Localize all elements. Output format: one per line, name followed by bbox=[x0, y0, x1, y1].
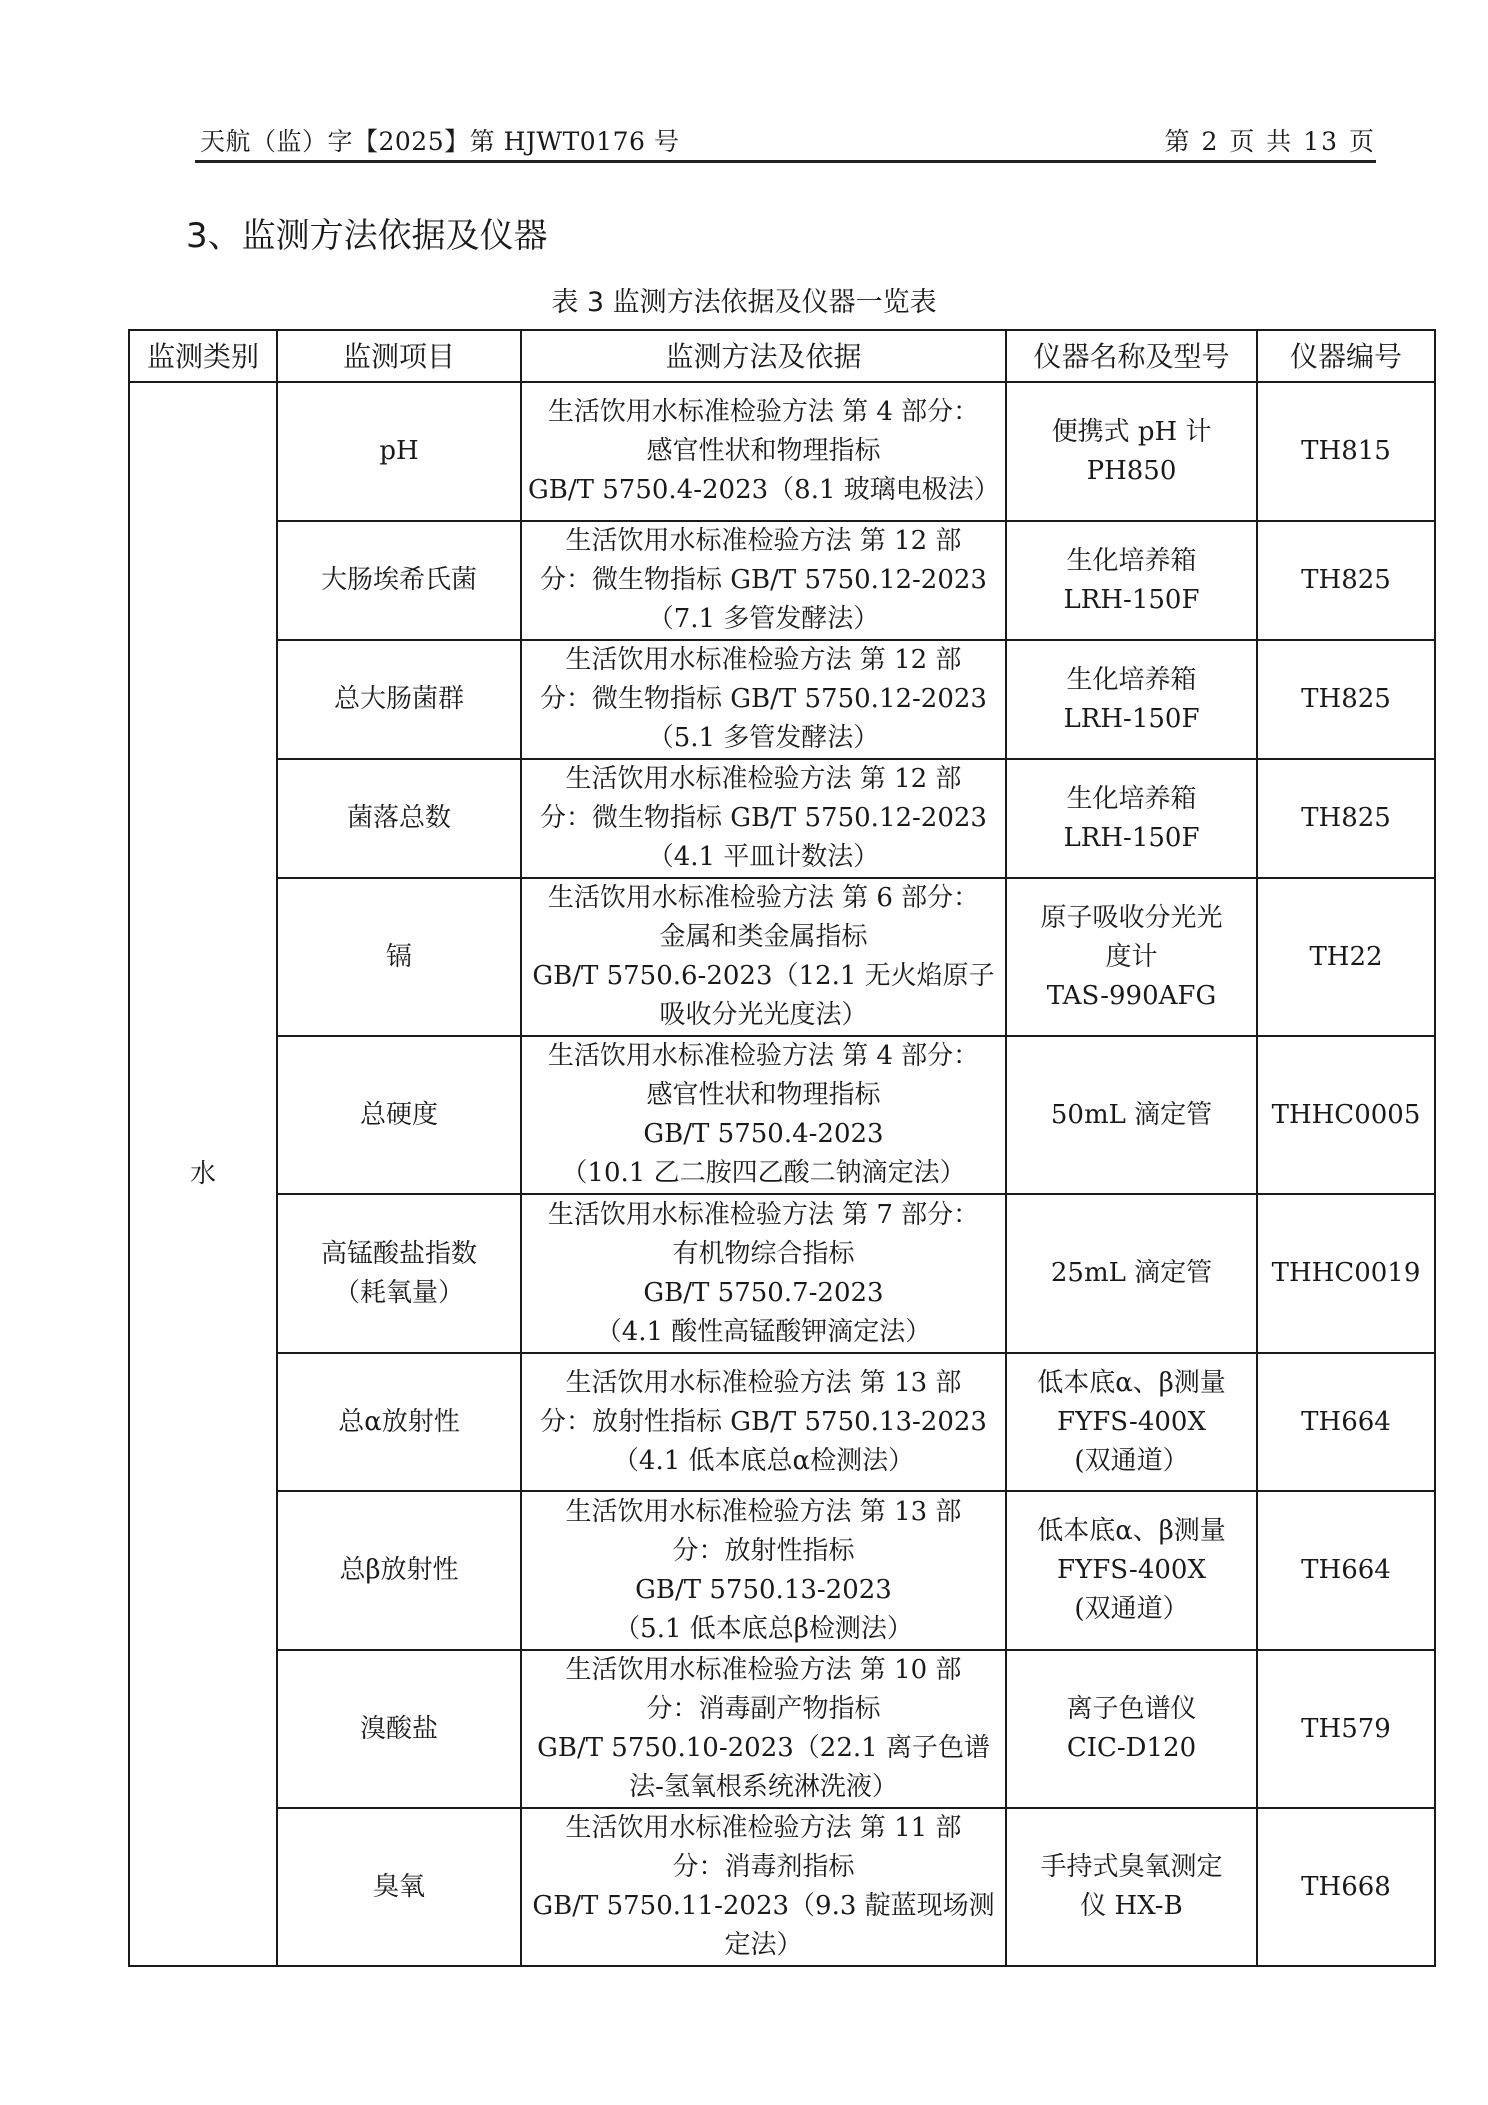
instrument-cell: 低本底α、β测量FYFS-400X(双通道） bbox=[1006, 1491, 1257, 1650]
instrument-cell-line: FYFS-400X bbox=[1013, 1403, 1250, 1442]
item-cell: 臭氧 bbox=[277, 1808, 521, 1966]
method-cell: 生活饮用水标准检验方法 第 12 部分：微生物指标 GB/T 5750.12-2… bbox=[521, 521, 1006, 640]
page-indicator: 第 2 页 共 13 页 bbox=[1165, 122, 1376, 158]
method-cell: 生活饮用水标准检验方法 第 10 部分：消毒副产物指标GB/T 5750.10-… bbox=[521, 1650, 1006, 1808]
table-row: 臭氧生活饮用水标准检验方法 第 11 部分：消毒剂指标GB/T 5750.11-… bbox=[129, 1808, 1435, 1966]
column-header-method: 监测方法及依据 bbox=[521, 330, 1006, 382]
code-cell: THHC0019 bbox=[1257, 1194, 1435, 1353]
table-body: 水pH生活饮用水标准检验方法 第 4 部分：感官性状和物理指标GB/T 5750… bbox=[129, 382, 1435, 1966]
item-cell: 镉 bbox=[277, 878, 521, 1036]
method-cell-line: 生活饮用水标准检验方法 第 12 部 bbox=[528, 760, 999, 799]
item-cell-line: （耗氧量） bbox=[284, 1274, 514, 1313]
instrument-cell-line: 手持式臭氧测定 bbox=[1013, 1848, 1250, 1887]
method-cell-line: （7.1 多管发酵法） bbox=[528, 600, 999, 639]
item-cell-line: 大肠埃希氏菌 bbox=[284, 561, 514, 600]
method-cell: 生活饮用水标准检验方法 第 11 部分：消毒剂指标GB/T 5750.11-20… bbox=[521, 1808, 1006, 1966]
method-cell-line: 分：消毒剂指标 bbox=[528, 1848, 999, 1887]
item-cell: 菌落总数 bbox=[277, 759, 521, 878]
item-cell-line: 高锰酸盐指数 bbox=[284, 1235, 514, 1274]
item-cell: pH bbox=[277, 382, 521, 521]
method-cell-line: GB/T 5750.6-2023（12.1 无火焰原子 bbox=[528, 957, 999, 996]
code-cell: TH825 bbox=[1257, 759, 1435, 878]
instrument-cell-line: 原子吸收分光光 bbox=[1013, 899, 1250, 938]
item-cell: 高锰酸盐指数（耗氧量） bbox=[277, 1194, 521, 1353]
instrument-cell-line: 仪 HX-B bbox=[1013, 1887, 1250, 1926]
code-cell: TH825 bbox=[1257, 521, 1435, 640]
method-cell: 生活饮用水标准检验方法 第 13 部分：放射性指标 GB/T 5750.13-2… bbox=[521, 1353, 1006, 1491]
method-cell-line: 有机物综合指标 bbox=[528, 1235, 999, 1274]
instrument-cell: 生化培养箱LRH-150F bbox=[1006, 521, 1257, 640]
item-cell-line: 总α放射性 bbox=[284, 1403, 514, 1442]
column-header-instrument: 仪器名称及型号 bbox=[1006, 330, 1257, 382]
instrument-cell-line: LRH-150F bbox=[1013, 819, 1250, 858]
method-cell-line: 生活饮用水标准检验方法 第 12 部 bbox=[528, 522, 999, 561]
instrument-cell: 手持式臭氧测定仪 HX-B bbox=[1006, 1808, 1257, 1966]
method-cell-line: GB/T 5750.4-2023 bbox=[528, 1115, 999, 1154]
item-cell-line: 溴酸盐 bbox=[284, 1710, 514, 1749]
method-cell-line: 分：消毒副产物指标 bbox=[528, 1690, 999, 1729]
method-cell: 生活饮用水标准检验方法 第 7 部分：有机物综合指标GB/T 5750.7-20… bbox=[521, 1194, 1006, 1353]
code-cell: TH22 bbox=[1257, 878, 1435, 1036]
instrument-cell-line: FYFS-400X bbox=[1013, 1551, 1250, 1590]
method-cell-line: GB/T 5750.10-2023（22.1 离子色谱 bbox=[528, 1729, 999, 1768]
method-cell-line: （10.1 乙二胺四乙酸二钠滴定法） bbox=[528, 1154, 999, 1193]
item-cell-line: 总β放射性 bbox=[284, 1551, 514, 1590]
item-cell-line: 总大肠菌群 bbox=[284, 680, 514, 719]
report-number: 天航（监）字【2025】第 HJWT0176 号 bbox=[200, 122, 679, 158]
category-cell: 水 bbox=[129, 382, 277, 1966]
method-cell-line: 定法） bbox=[528, 1926, 999, 1965]
method-cell-line: 生活饮用水标准检验方法 第 12 部 bbox=[528, 641, 999, 680]
code-cell: THHC0005 bbox=[1257, 1036, 1435, 1194]
method-cell-line: 金属和类金属指标 bbox=[528, 918, 999, 957]
code-cell: TH664 bbox=[1257, 1353, 1435, 1491]
item-cell-line: 菌落总数 bbox=[284, 799, 514, 838]
section-title: 3、监测方法依据及仪器 bbox=[186, 208, 548, 257]
instrument-cell-line: TAS-990AFG bbox=[1013, 977, 1250, 1016]
item-cell-line: 镉 bbox=[284, 938, 514, 977]
method-cell-line: 感官性状和物理指标 bbox=[528, 1076, 999, 1115]
item-cell: 总硬度 bbox=[277, 1036, 521, 1194]
table-header-row: 监测类别 监测项目 监测方法及依据 仪器名称及型号 仪器编号 bbox=[129, 330, 1435, 382]
item-cell-line: 总硬度 bbox=[284, 1096, 514, 1135]
method-cell: 生活饮用水标准检验方法 第 4 部分：感官性状和物理指标GB/T 5750.4-… bbox=[521, 382, 1006, 521]
method-cell-line: （5.1 多管发酵法） bbox=[528, 719, 999, 758]
method-cell: 生活饮用水标准检验方法 第 12 部分：微生物指标 GB/T 5750.12-2… bbox=[521, 640, 1006, 759]
instrument-cell-line: LRH-150F bbox=[1013, 581, 1250, 620]
column-header-code: 仪器编号 bbox=[1257, 330, 1435, 382]
instrument-cell: 离子色谱仪CIC-D120 bbox=[1006, 1650, 1257, 1808]
methods-instruments-table: 监测类别 监测项目 监测方法及依据 仪器名称及型号 仪器编号 水pH生活饮用水标… bbox=[128, 329, 1436, 1967]
method-cell-line: （5.1 低本底总β检测法） bbox=[528, 1610, 999, 1649]
instrument-cell: 50mL 滴定管 bbox=[1006, 1036, 1257, 1194]
table-row: 水pH生活饮用水标准检验方法 第 4 部分：感官性状和物理指标GB/T 5750… bbox=[129, 382, 1435, 521]
code-cell: TH825 bbox=[1257, 640, 1435, 759]
code-cell: TH579 bbox=[1257, 1650, 1435, 1808]
item-cell-line: 臭氧 bbox=[284, 1868, 514, 1907]
column-header-category: 监测类别 bbox=[129, 330, 277, 382]
instrument-cell-line: 便携式 pH 计 bbox=[1013, 413, 1250, 452]
item-cell: 大肠埃希氏菌 bbox=[277, 521, 521, 640]
instrument-cell: 便携式 pH 计PH850 bbox=[1006, 382, 1257, 521]
table-row: 总大肠菌群生活饮用水标准检验方法 第 12 部分：微生物指标 GB/T 5750… bbox=[129, 640, 1435, 759]
method-cell-line: 分：放射性指标 bbox=[528, 1532, 999, 1571]
column-header-item: 监测项目 bbox=[277, 330, 521, 382]
method-cell-line: （4.1 酸性高锰酸钾滴定法） bbox=[528, 1313, 999, 1352]
method-cell-line: 吸收分光光度法） bbox=[528, 996, 999, 1035]
instrument-cell: 原子吸收分光光度计TAS-990AFG bbox=[1006, 878, 1257, 1036]
table-row: 高锰酸盐指数（耗氧量）生活饮用水标准检验方法 第 7 部分：有机物综合指标GB/… bbox=[129, 1194, 1435, 1353]
method-cell-line: 分：放射性指标 GB/T 5750.13-2023 bbox=[528, 1403, 999, 1442]
header-divider bbox=[195, 160, 1376, 163]
method-cell-line: GB/T 5750.7-2023 bbox=[528, 1274, 999, 1313]
instrument-cell: 生化培养箱LRH-150F bbox=[1006, 759, 1257, 878]
item-cell: 总大肠菌群 bbox=[277, 640, 521, 759]
item-cell: 溴酸盐 bbox=[277, 1650, 521, 1808]
method-cell: 生活饮用水标准检验方法 第 13 部分：放射性指标GB/T 5750.13-20… bbox=[521, 1491, 1006, 1650]
method-cell-line: 生活饮用水标准检验方法 第 13 部 bbox=[528, 1493, 999, 1532]
code-cell: TH664 bbox=[1257, 1491, 1435, 1650]
instrument-cell-line: 低本底α、β测量 bbox=[1013, 1512, 1250, 1551]
instrument-cell-line: PH850 bbox=[1013, 452, 1250, 491]
method-cell: 生活饮用水标准检验方法 第 12 部分：微生物指标 GB/T 5750.12-2… bbox=[521, 759, 1006, 878]
method-cell-line: 生活饮用水标准检验方法 第 10 部 bbox=[528, 1651, 999, 1690]
instrument-cell-line: LRH-150F bbox=[1013, 700, 1250, 739]
method-cell-line: 生活饮用水标准检验方法 第 13 部 bbox=[528, 1364, 999, 1403]
code-cell: TH815 bbox=[1257, 382, 1435, 521]
instrument-cell-line: 生化培养箱 bbox=[1013, 780, 1250, 819]
method-cell: 生活饮用水标准检验方法 第 6 部分：金属和类金属指标GB/T 5750.6-2… bbox=[521, 878, 1006, 1036]
instrument-cell-line: (双通道） bbox=[1013, 1590, 1250, 1629]
method-cell-line: 生活饮用水标准检验方法 第 7 部分： bbox=[528, 1196, 999, 1235]
instrument-cell-line: CIC-D120 bbox=[1013, 1729, 1250, 1768]
item-cell: 总β放射性 bbox=[277, 1491, 521, 1650]
method-cell-line: （4.1 低本底总α检测法） bbox=[528, 1442, 999, 1481]
table-row: 菌落总数生活饮用水标准检验方法 第 12 部分：微生物指标 GB/T 5750.… bbox=[129, 759, 1435, 878]
code-cell: TH668 bbox=[1257, 1808, 1435, 1966]
instrument-cell-line: 25mL 滴定管 bbox=[1013, 1254, 1250, 1293]
instrument-cell-line: 离子色谱仪 bbox=[1013, 1690, 1250, 1729]
method-cell-line: GB/T 5750.11-2023（9.3 靛蓝现场测 bbox=[528, 1887, 999, 1926]
instrument-cell: 生化培养箱LRH-150F bbox=[1006, 640, 1257, 759]
item-cell-line: pH bbox=[284, 432, 514, 471]
instrument-cell-line: 生化培养箱 bbox=[1013, 542, 1250, 581]
method-cell: 生活饮用水标准检验方法 第 4 部分：感官性状和物理指标GB/T 5750.4-… bbox=[521, 1036, 1006, 1194]
table-row: 大肠埃希氏菌生活饮用水标准检验方法 第 12 部分：微生物指标 GB/T 575… bbox=[129, 521, 1435, 640]
table-row: 总β放射性生活饮用水标准检验方法 第 13 部分：放射性指标GB/T 5750.… bbox=[129, 1491, 1435, 1650]
table-caption: 表 3 监测方法依据及仪器一览表 bbox=[0, 280, 1488, 319]
instrument-cell-line: 度计 bbox=[1013, 938, 1250, 977]
method-cell-line: 法-氢氧根系统淋洗液） bbox=[528, 1768, 999, 1807]
instrument-cell: 25mL 滴定管 bbox=[1006, 1194, 1257, 1353]
method-cell-line: GB/T 5750.13-2023 bbox=[528, 1571, 999, 1610]
method-cell-line: 分：微生物指标 GB/T 5750.12-2023 bbox=[528, 799, 999, 838]
item-cell: 总α放射性 bbox=[277, 1353, 521, 1491]
table-row: 总α放射性生活饮用水标准检验方法 第 13 部分：放射性指标 GB/T 5750… bbox=[129, 1353, 1435, 1491]
method-cell-line: 生活饮用水标准检验方法 第 6 部分： bbox=[528, 879, 999, 918]
method-cell-line: 分：微生物指标 GB/T 5750.12-2023 bbox=[528, 561, 999, 600]
instrument-cell-line: 生化培养箱 bbox=[1013, 661, 1250, 700]
method-cell-line: 生活饮用水标准检验方法 第 4 部分： bbox=[528, 393, 999, 432]
method-cell-line: 感官性状和物理指标 bbox=[528, 432, 999, 471]
method-cell-line: GB/T 5750.4-2023（8.1 玻璃电极法） bbox=[528, 471, 999, 510]
table-row: 镉生活饮用水标准检验方法 第 6 部分：金属和类金属指标GB/T 5750.6-… bbox=[129, 878, 1435, 1036]
method-cell-line: （4.1 平皿计数法） bbox=[528, 838, 999, 877]
table-row: 溴酸盐生活饮用水标准检验方法 第 10 部分：消毒副产物指标GB/T 5750.… bbox=[129, 1650, 1435, 1808]
instrument-cell-line: 低本底α、β测量 bbox=[1013, 1364, 1250, 1403]
method-cell-line: 生活饮用水标准检验方法 第 11 部 bbox=[528, 1809, 999, 1848]
instrument-cell-line: (双通道） bbox=[1013, 1442, 1250, 1481]
table-row: 总硬度生活饮用水标准检验方法 第 4 部分：感官性状和物理指标GB/T 5750… bbox=[129, 1036, 1435, 1194]
instrument-cell: 低本底α、β测量FYFS-400X(双通道） bbox=[1006, 1353, 1257, 1491]
method-cell-line: 生活饮用水标准检验方法 第 4 部分： bbox=[528, 1037, 999, 1076]
instrument-cell-line: 50mL 滴定管 bbox=[1013, 1096, 1250, 1135]
method-cell-line: 分：微生物指标 GB/T 5750.12-2023 bbox=[528, 680, 999, 719]
